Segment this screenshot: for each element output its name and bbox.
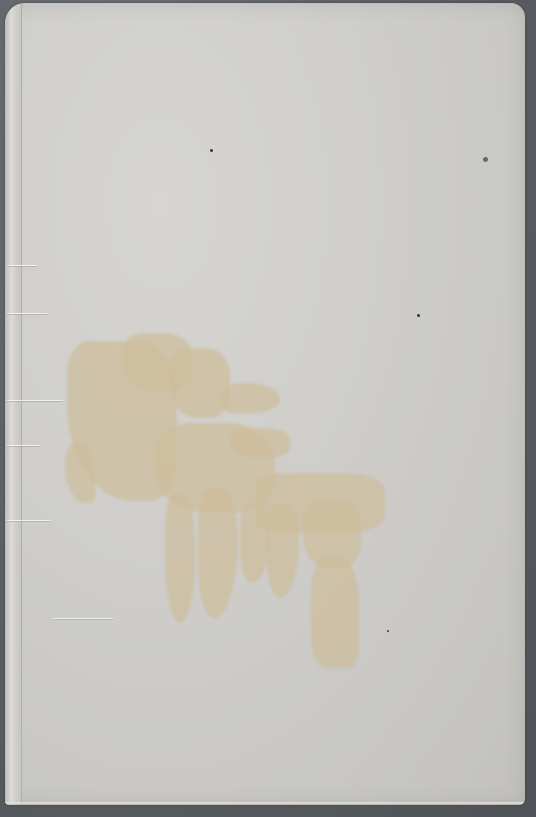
speck xyxy=(387,630,389,632)
water-stain xyxy=(5,3,525,805)
speck xyxy=(210,149,213,152)
cover-bottom-edge xyxy=(5,802,525,805)
speck xyxy=(417,314,420,317)
book-cover xyxy=(5,3,525,805)
photo-scene xyxy=(0,0,536,817)
speck xyxy=(483,157,488,162)
